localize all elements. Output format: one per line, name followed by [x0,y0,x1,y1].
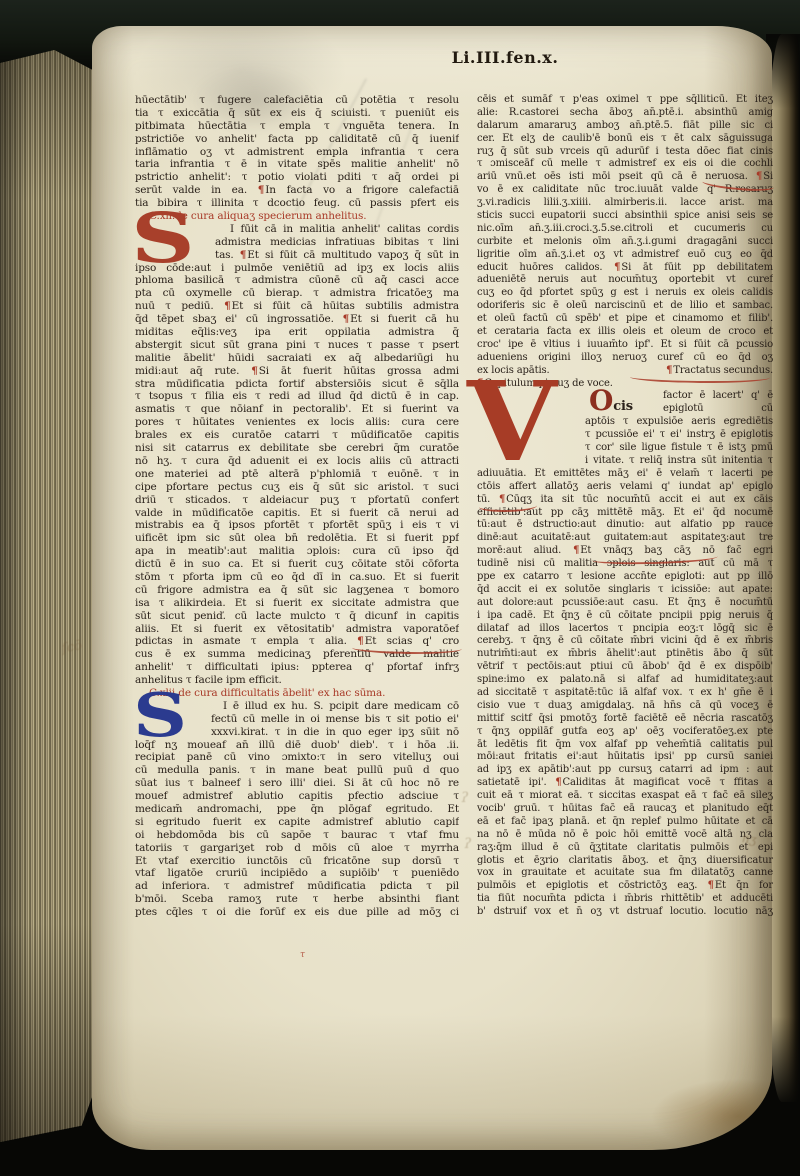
vocis-word: Ocis [589,387,633,415]
text-line: nuū τ pediū. ¶Et si fūit cā hūitas subti… [135,300,459,313]
text-line: hūectātib' τ fugere calefaciētia cū potē… [135,94,459,107]
pilcrow-mark: ¶ [708,880,715,891]
text-line: recipiat panē cū vino ɔmixto:τ in sero v… [135,751,459,764]
text-line: pitbimata hūectātia τ empla τ vnguēta te… [135,120,459,133]
text-line: driū τ sticados. τ aldeiacur puʒ τ pfort… [135,494,459,507]
text-line: aut dolore:aut pcussiōe:aut casu. Et q̄n… [477,597,773,610]
text-line: q̄d tēpet sbaʒ ei' cū ingrossatiōe. ¶Et … [135,313,459,326]
text-line: ligritie oīm an̄.ʒ.i.et oʒ vt admistref … [477,249,773,262]
text-line: vtaf ligatōe cruriū incipiēdo a supiōib'… [135,867,459,880]
text-line: b'mōi. Sceba ramoʒ rute τ herbe absinthi… [135,893,459,906]
text-line: raʒ:q̄m illud ē cū q̄ʒtitate claritatis … [477,842,773,855]
gutter-scribble-1: ʔ [461,790,469,806]
running-header: Li.III.fen.x. [430,48,580,67]
text-line: valde in mūdificatōe capitis. Et si fuer… [135,507,459,520]
pilcrow-mark: ¶ [756,171,763,182]
text-line: miditas eq̄lis:veʒ ipa erit oppilatia ad… [135,326,459,339]
text-line: adueniētē neruis aut nocum̄tuʒ oportebit… [477,274,773,287]
text-line: mōi:aut fritatis ei':aut hūitatis ipsi' … [477,751,773,764]
text-line: cū medulla panis. τ in mane beat pullū p… [135,764,459,777]
text-line: pta cū oxymelle cū bierap. τ admistra fr… [135,287,459,300]
text-line: ʒ.vi.radicis lilii.ʒ.xiiii. almirberis.i… [477,197,773,210]
text-line: dictū ē in suo ca. Et si fuerit cuʒ cōit… [135,558,459,571]
decorated-initial-blue-S: S [133,692,187,740]
text-line: cū frigore admistra ea q̄ sūt sic lagʒen… [135,584,459,597]
text-line: ptes cq̄les τ oi die forūf ex eis due pi… [135,906,459,919]
text-line: tatoriis τ gargariʒet rob d mōis cū aloe… [135,842,459,855]
text-line: nic.oīm an̄.ʒ.iii.croci.ʒ.5.se.citroli e… [477,223,773,236]
pilcrow-mark: ¶ [499,494,506,505]
pilcrow-mark: ¶ [224,300,232,312]
text-line: uificēt ipm sic sūt olea bn̄ redolētia. … [135,532,459,545]
book-photo: Li.III.fen.x. S S hūectātib' τ fugere ca… [0,0,800,1176]
text-line: et oleū factū cū spēb' et pipe et cinamo… [477,313,773,326]
text-line: educit huōres calidos. ¶Si āt fūit pp de… [477,262,773,275]
text-line: cerebʒ. τ q̄nʒ ē cū cōitate m̄bri vicini… [477,635,773,648]
text-line: vox in grauitate et acuitate sua fm dila… [477,867,773,880]
text-line: mistrabis ea q̄ ipsos pfortēt τ pfortēt … [135,519,459,532]
pilcrow-mark: ¶ [251,365,259,377]
text-line: τ ɔmisceāf cū melle τ admistref ex eis o… [477,158,773,171]
text-line: nutrim̄ti:aut ex m̄bris āhelit':aut ptin… [477,648,773,661]
text-line: medicam̄ andromachi, ppe q̄n plōgaf egri… [135,803,459,816]
marginal-scribble-right: nʒ [741,831,757,847]
text-line: pstrictio anhelit': τ potio violati pdit… [135,171,459,184]
gutter-scribble-2: ʔ [464,836,472,852]
text-line: abstergit sicut sūt grana pini τ nuces τ… [135,339,459,352]
text-line: ad siccitatē τ aspitatē:tūc iā alfaf vox… [477,687,773,700]
text-line: vētrif τ pectōis:aut ptiui cū ābob' q̄d … [477,661,773,674]
text-line: taria infrantia τ ē in vitate spēs malit… [135,158,459,171]
text-line: nō hʒ. τ cura q̄d aduenit ei ex locis al… [135,455,459,468]
text-line: cipe pfortare pectus cuʒ eis q̄ sūt sic … [135,481,459,494]
text-line: ad ipʒ ex apātib':aut pp cursuʒ catarri … [477,764,773,777]
text-line: nisi sit catarrus ex debilitate sbe cere… [135,442,459,455]
text-line: sūt sicut peniď. cū lacte mulcto τ q̄ di… [135,610,459,623]
text-line: pulmōis et epiglotis et cōstrictōʒ eaʒ. … [477,880,773,893]
text-line: eā et fac̄ ipaʒ planā. et q̄n replef pul… [477,816,773,829]
text-line: stōm τ pforta ipm cū eo q̄d dī in ca.suo… [135,571,459,584]
decorated-initial-red-V: V [467,378,556,466]
text-line: midi:aut aq̄ rute. ¶Si āt fuerit hūitas … [135,365,459,378]
pilcrow-mark: ¶ [343,313,351,325]
text-line: dinē:aut acuitatē:aut guitatem:aut aspit… [477,532,773,545]
text-line: pstrictiōe vo anhelit' facta pp calidita… [135,133,459,146]
red-ink-mark: τ [300,950,305,960]
text-line: satietatē ipi'. ¶Caliditas āt magificat … [477,777,773,790]
text-line: tia τ exiccātia q̄ sūt ex eis q̄ sciuist… [135,107,459,120]
decorated-initial-red-S: S [131,212,195,266]
text-line: cer. Et elʒ de caulib'ē bonū eis τ ēt ca… [477,133,773,146]
text-line: ppe ex catarro τ lesione accn̄te epiglot… [477,571,773,584]
text-line: inflāmatio oʒ vt admistrent empla infran… [135,146,459,159]
text-line: pores τ hūitates venientes ex locis alii… [135,416,459,429]
text-line: croc' ipe ē vltius i iuuam̄to ipf'. Et s… [477,339,773,352]
text-line: cēis et sumāf τ p'eas oximel τ ppe sq̄ll… [477,94,773,107]
pilcrow-mark: ¶ [258,184,266,196]
text-line: glotis et ēʒrio claritatis āboʒ. et q̄nʒ… [477,855,773,868]
text-line: sūat ius τ balneef i sero illi' diei. Si… [135,777,459,790]
text-line: isa τ alikirdeia. Et si fuerit ex siccit… [135,597,459,610]
text-line: āt ledētis fit q̄m vox alfaf pp vehem̄ti… [477,739,773,752]
text-line: ruʒ q̄ sūt sub vrceis qū adurūf i testa … [477,146,773,159]
text-column-left: S S hūectātib' τ fugere calefaciētia cū … [135,94,459,919]
text-line: mouef admistref ablutio capitis pfectio … [135,790,459,803]
text-line: dilataf ad illos lacertos τ pncipia eoʒ:… [477,623,773,636]
text-line: Et vtaf exercitio iunctōis cū fricatōne … [135,855,459,868]
text-line: brales ex eis curatōe catarri τ mūdifica… [135,429,459,442]
pilcrow-mark: ¶ [573,545,580,556]
text-line: q̄d accit ei ex solutōe singlaris τ icis… [477,584,773,597]
text-line: apa in meatib':aut malitia ɔplois: cura … [135,545,459,558]
text-line: serūt valde in ea. ¶In facta vo a frigor… [135,184,459,197]
pilcrow-mark: ¶ [240,249,248,261]
text-line: i ipa cadē. Et q̄nʒ ē cū cōitate pncipii… [477,610,773,623]
text-line: vocib' gruū. τ hūitas fac̄ eā raucaʒ et … [477,803,773,816]
text-line: alie: R.castorei secha āboʒ an̄.ptē.i. a… [477,107,773,120]
text-line: cuʒ eo q̄d pfortet spūʒ g est i neruis e… [477,287,773,300]
text-line: si egritudo fuerit ex capite admistref a… [135,816,459,829]
text-line: cuit eā τ miorat eā. τ siccitas exaspat … [477,790,773,803]
pilcrow-mark: ¶ [614,262,621,273]
text-line: b' dstruif vox et n̄ oʒ vt dstruaf locut… [477,906,773,919]
text-line: curbite et melonis oīm an̄.ʒ.i.gumi drag… [477,236,773,249]
text-line: one materiei ad ptē alterā p'phlomiā τ e… [135,468,459,481]
text-line: stra mūdificatia pdicta fortif abstersiō… [135,378,459,391]
text-line: ad inferiora. τ admistref mūdificatia pd… [135,880,459,893]
text-line: tū:aut ē dstructio:aut dinutio: aut alfa… [477,519,773,532]
text-line: cisio vue τ duaʒ amigdalaʒ. nā hn̄s cā q… [477,700,773,713]
text-line: asmatis τ que nōianf in pectoralib'. Et … [135,403,459,416]
pilcrow-mark: ¶ [555,777,562,788]
text-line: et cerataria facta ex illis oleis et ole… [477,326,773,339]
text-line: dalarum amararuʒ amboʒ an̄.ptē.5. fiāt p… [477,120,773,133]
text-line: sticis succi eupatorii succi absinthii s… [477,210,773,223]
text-line: oi hebdomōda bis cū sapōe τ baurac τ vta… [135,829,459,842]
text-line: τ q̄nʒ oppilāf gutfa eoʒ ap' oēʒ vocifer… [477,726,773,739]
text-line: spine:imo ex palato.nā si alfaf ad humid… [477,674,773,687]
text-line: aliis. Et si fuerit ex vētositatib' admi… [135,623,459,636]
text-line: anhelit' τ difficultati ipius: ppterea q… [135,661,459,674]
vocis-big-o: O [589,384,613,417]
text-line: na nō ē mūda nō ē poic hōi emittē vocē a… [477,829,773,842]
text-line: tia fiūt nocum̄ta pdicta i m̄bris rhittē… [477,893,773,906]
vocis-rest: cis [613,399,633,414]
text-line: mittif scitf q̄si pmotōʒ fortē faciētē e… [477,713,773,726]
text-line: τ tsopus τ filia eis τ redi ad illud q̄d… [135,390,459,403]
text-line: malitie ābelit' hūidi sacraiati ex aq̄ a… [135,352,459,365]
text-line: odoriferis sic ē oleū narciscinū et de l… [477,300,773,313]
